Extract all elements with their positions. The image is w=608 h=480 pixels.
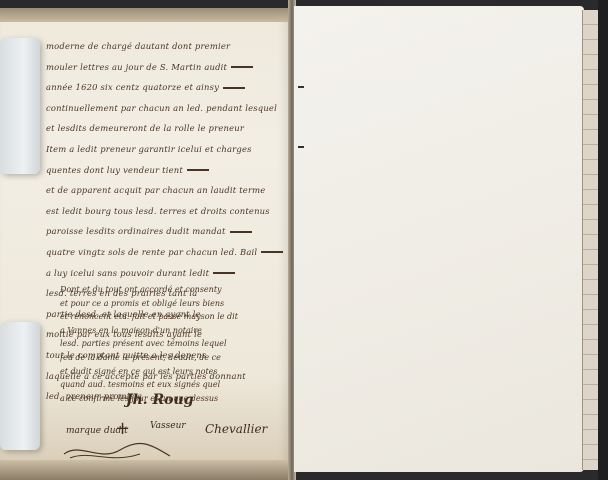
right-page-blank xyxy=(294,6,584,472)
closing-line: Dont et du tout ont accordé et consenty xyxy=(60,283,292,297)
background-shadow xyxy=(598,0,608,480)
line-text: et de apparent acquit par chacun an laud… xyxy=(46,185,265,195)
line-filler-dash xyxy=(223,87,245,89)
manuscript-line: continuellement par chacun an led. penda… xyxy=(46,98,294,119)
line-filler-dash xyxy=(261,251,283,253)
witness-signature-chevallier: Chevallier xyxy=(205,422,267,436)
closing-line: et dudit signé en ce qui est leurs notes xyxy=(60,365,292,379)
line-text: est ledit bourg tous lesd. terres et dro… xyxy=(46,206,270,216)
cloth-weight-top xyxy=(0,38,40,174)
manuscript-line: quentes dont luy vendeur tient xyxy=(46,160,294,181)
line-filler-dash xyxy=(231,66,253,68)
left-page-top-edge xyxy=(0,8,292,22)
line-text: moderne de chargé dautant dont premier xyxy=(46,41,230,51)
manuscript-line: paroisse lesdits ordinaires dudit mandat xyxy=(46,221,294,242)
closing-line: et renoncent etc. fait et passé mayson l… xyxy=(60,310,292,324)
manuscript-line: Item a ledit preneur garantir icelui et … xyxy=(46,139,294,160)
line-text: mouler lettres au jour de S. Martin audi… xyxy=(46,62,227,72)
closing-line: quand aud. tesmoins et eux signés quel xyxy=(60,378,292,392)
line-text: et lesdits demeureront de la rolle le pr… xyxy=(46,123,244,133)
manuscript-line: est ledit bourg tous lesd. terres et dro… xyxy=(46,201,294,222)
notary-signature: Jh. Roug xyxy=(126,392,194,408)
ink-mark xyxy=(298,146,304,148)
manuscript-line: mouler lettres au jour de S. Martin audi… xyxy=(46,57,294,78)
ink-mark xyxy=(298,86,304,88)
line-text: a luy icelui sans pouvoir durant ledit xyxy=(46,268,209,278)
closing-line: feu de la dame le présent, deudit, de ce xyxy=(60,351,292,365)
closing-line: et pour ce a promis et obligé leurs bien… xyxy=(60,297,292,311)
manuscript-line: moderne de chargé dautant dont premier xyxy=(46,36,294,57)
manuscript-line: a luy icelui sans pouvoir durant ledit xyxy=(46,263,294,284)
line-text: quentes dont luy vendeur tient xyxy=(46,165,183,175)
manuscript-line: et lesdits demeureront de la rolle le pr… xyxy=(46,118,294,139)
page-stack-edge xyxy=(582,10,599,470)
cloth-weight-bottom xyxy=(0,322,40,450)
manuscript-line: et de apparent acquit par chacun an laud… xyxy=(46,180,294,201)
line-text: continuellement par chacun an led. penda… xyxy=(46,103,277,113)
line-text: Item a ledit preneur garantir icelui et … xyxy=(46,144,252,154)
cross-mark-icon: + xyxy=(115,418,130,439)
closing-line: lesd. parties présent avec témoins leque… xyxy=(60,337,292,351)
manuscript-closing-text: Dont et du tout ont accordé et consenty … xyxy=(60,283,292,405)
open-manuscript-book: moderne de chargé dautant dont premier m… xyxy=(0,0,608,480)
line-text: année 1620 six centz quatorze et ainsy xyxy=(46,82,219,92)
line-text: quatre vingtz sols de rente par chacun l… xyxy=(46,247,257,257)
manuscript-line: quatre vingtz sols de rente par chacun l… xyxy=(46,242,294,263)
line-filler-dash xyxy=(187,169,209,171)
witness-signature-vasseur: Vasseur xyxy=(150,421,186,431)
line-filler-dash xyxy=(213,272,235,274)
closing-line: a Vannes en la maison d'un notaire xyxy=(60,324,292,338)
line-filler-dash xyxy=(230,231,252,233)
manuscript-line: année 1620 six centz quatorze et ainsy xyxy=(46,77,294,98)
signature-flourish-icon xyxy=(60,440,180,464)
line-text: paroisse lesdits ordinaires dudit mandat xyxy=(46,226,226,236)
